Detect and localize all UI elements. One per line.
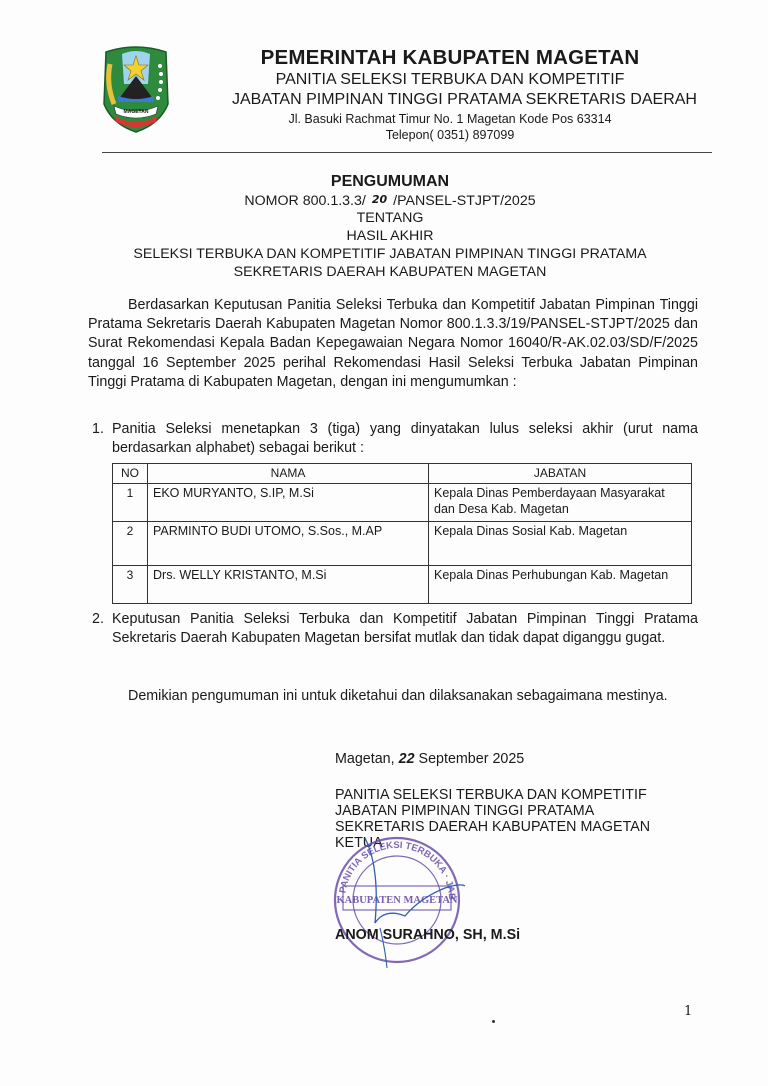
letterhead-committee: PANITIA SELEKSI TERBUKA DAN KOMPETITIF xyxy=(180,71,720,89)
list-item: 1. Panitia Seleksi menetapkan 3 (tiga) y… xyxy=(92,420,698,458)
signing-place: Magetan, xyxy=(335,751,395,767)
letterhead-address: Jl. Basuki Rachmat Timur No. 1 Magetan K… xyxy=(180,112,720,126)
document-page: MAGETAN PEMERINTAH KABUPATEN MAGETAN PAN… xyxy=(0,0,768,1086)
announcement-subject-3: SEKRETARIS DAERAH KABUPATEN MAGETAN xyxy=(90,264,690,280)
list-item-text: Panitia Seleksi menetapkan 3 (tiga) yang… xyxy=(112,420,698,458)
header-nama: NAMA xyxy=(148,464,429,484)
announcement-about: TENTANG xyxy=(90,210,690,226)
signatory-org-2: JABATAN PIMPINAN TINGGI PRATAMA xyxy=(335,803,594,819)
number-prefix: NOMOR 800.1.3.3/ xyxy=(244,193,365,209)
announcement-subject-1: HASIL AKHIR xyxy=(90,228,690,244)
svg-text:MAGETAN: MAGETAN xyxy=(124,109,149,115)
list-item: 2. Keputusan Panitia Seleksi Terbuka dan… xyxy=(92,610,698,648)
table-header-row: NO NAMA JABATAN xyxy=(113,464,692,484)
magetan-crest-icon: MAGETAN xyxy=(100,44,172,134)
announcement-heading: PENGUMUMAN xyxy=(90,173,690,191)
list-item-number: 2. xyxy=(92,610,104,629)
page-number: 1 xyxy=(684,1004,692,1019)
cell-no: 1 xyxy=(113,483,148,521)
table-row: 3 Drs. WELLY KRISTANTO, M.Si Kepala Dina… xyxy=(113,565,692,603)
signing-day-handwritten: 22 xyxy=(395,751,419,767)
intro-text: Berdasarkan Keputusan Panitia Seleksi Te… xyxy=(88,297,698,390)
list-item-number: 1. xyxy=(92,420,104,439)
number-handwritten: 20 xyxy=(366,193,393,206)
list-item-text: Keputusan Panitia Seleksi Terbuka dan Ko… xyxy=(112,610,698,648)
cell-jabatan: Kepala Dinas Sosial Kab. Magetan xyxy=(429,521,692,565)
number-suffix: /PANSEL-STJPT/2025 xyxy=(393,193,535,209)
letterhead-position: JABATAN PIMPINAN TINGGI PRATAMA SEKRETAR… xyxy=(232,91,692,109)
letterhead-institution: PEMERINTAH KABUPATEN MAGETAN xyxy=(180,46,720,70)
cell-nama: PARMINTO BUDI UTOMO, S.Sos., M.AP xyxy=(148,521,429,565)
announcement-number: NOMOR 800.1.3.3/20/PANSEL-STJPT/2025 xyxy=(90,193,690,209)
signing-date: Magetan,22September 2025 xyxy=(335,751,524,767)
letterhead-divider xyxy=(102,152,712,153)
intro-paragraph: Berdasarkan Keputusan Panitia Seleksi Te… xyxy=(88,296,698,392)
official-stamp-icon: PANITIA SELEKSI TERBUKA · JABATAN PIMPIN… xyxy=(325,828,475,968)
cell-no: 2 xyxy=(113,521,148,565)
closing-paragraph: Demikian pengumuman ini untuk diketahui … xyxy=(88,687,698,706)
ink-speck xyxy=(492,1020,495,1023)
cell-no: 3 xyxy=(113,565,148,603)
signatory-org-1: PANITIA SELEKSI TERBUKA DAN KOMPETITIF xyxy=(335,787,647,803)
cell-nama: Drs. WELLY KRISTANTO, M.Si xyxy=(148,565,429,603)
signatory-name: ANOM SURAHNO, SH, M.Si xyxy=(335,927,520,943)
cell-jabatan: Kepala Dinas Perhubungan Kab. Magetan xyxy=(429,565,692,603)
closing-text: Demikian pengumuman ini untuk diketahui … xyxy=(128,688,668,704)
header-no: NO xyxy=(113,464,148,484)
results-table: NO NAMA JABATAN 1 EKO MURYANTO, S.IP, M.… xyxy=(112,463,692,604)
signing-month-year: September 2025 xyxy=(419,751,525,767)
table-row: 2 PARMINTO BUDI UTOMO, S.Sos., M.AP Kepa… xyxy=(113,521,692,565)
cell-jabatan: Kepala Dinas Pemberdayaan Masyarakat dan… xyxy=(429,483,692,521)
cell-nama: EKO MURYANTO, S.IP, M.Si xyxy=(148,483,429,521)
table-row: 1 EKO MURYANTO, S.IP, M.Si Kepala Dinas … xyxy=(113,483,692,521)
header-jabatan: JABATAN xyxy=(429,464,692,484)
letterhead-phone: Telepon( 0351) 897099 xyxy=(180,128,720,142)
announcement-subject-2: SELEKSI TERBUKA DAN KOMPETITIF JABATAN P… xyxy=(90,246,690,262)
svg-text:KABUPATEN MAGETAN: KABUPATEN MAGETAN xyxy=(336,895,457,906)
